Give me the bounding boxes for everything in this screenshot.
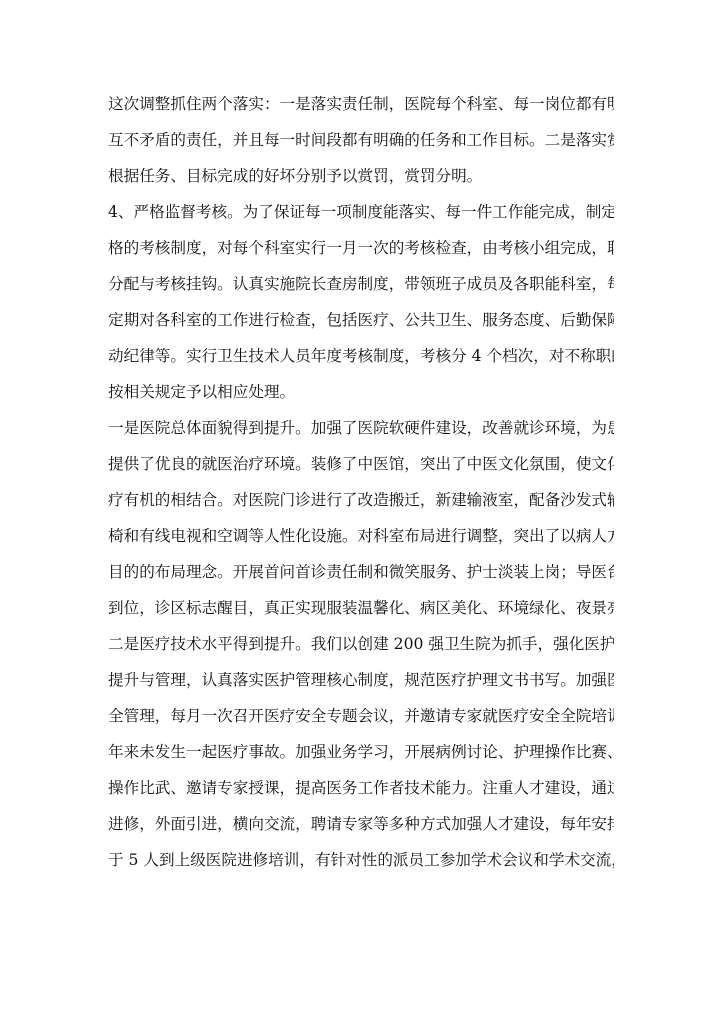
text-line: 动纪律等。实行卫生技术人员年度考核制度，考核分 4 个档次，对不称职的职工 [108, 338, 614, 374]
document-page: 这次调整抓住两个落实：一是落实责任制，医院每个科室、每一岗位都有明确的 互不矛盾… [108, 86, 614, 878]
text-line: 于 5 人到上级医院进修培训，有针对性的派员工参加学术会议和学术交流，引进 [108, 842, 614, 878]
text-line: 疗有机的相结合。对医院门诊进行了改造搬迁，新建输液室，配备沙发式输液躺 [108, 482, 614, 518]
text-line: 全管理，每月一次召开医疗安全专题会议，并邀请专家就医疗安全全院培训，三 [108, 698, 614, 734]
text-line: 进修，外面引进，横向交流，聘请专家等多种方式加强人才建设，每年安排不少 [108, 806, 614, 842]
text-line: 按相关规定予以相应处理。 [108, 374, 614, 410]
text-line: 定期对各科室的工作进行检查，包括医疗、公共卫生、服务态度、后勤保障、劳 [108, 302, 614, 338]
text-line: 到位，诊区标志醒目，真正实现服装温馨化、病区美化、环境绿化、夜景亮化。 [108, 590, 614, 626]
text-line: 椅和有线电视和空调等人性化设施。对科室布局进行调整，突出了以病人方便为 [108, 518, 614, 554]
paragraph-supervision: 4、严格监督考核。为了保证每一项制度能落实、每一件工作能完成，制定了严 格的考核… [108, 194, 614, 410]
text-line: 格的考核制度，对每个科室实行一月一次的考核检查，由考核小组完成，职工的 [108, 230, 614, 266]
text-line: 这次调整抓住两个落实：一是落实责任制，医院每个科室、每一岗位都有明确的 [108, 86, 614, 122]
text-line: 二是医疗技术水平得到提升。我们以创建 200 强卫生院为抓手，强化医护质量 [108, 626, 614, 662]
text-line: 根据任务、目标完成的好坏分别予以赏罚，赏罚分明。 [108, 158, 614, 194]
text-line: 分配与考核挂钩。认真实施院长查房制度，带领班子成员及各职能科室，每月不 [108, 266, 614, 302]
paragraph-medical-technology: 二是医疗技术水平得到提升。我们以创建 200 强卫生院为抓手，强化医护质量 提升… [108, 626, 614, 878]
text-line: 4、严格监督考核。为了保证每一项制度能落实、每一件工作能完成，制定了严 [108, 194, 614, 230]
paragraph-hospital-appearance: 一是医院总体面貌得到提升。加强了医院软硬件建设，改善就诊环境，为患者 提供了优良… [108, 410, 614, 626]
text-line: 提升与管理，认真落实医护管理核心制度，规范医疗护理文书书写。加强医疗安 [108, 662, 614, 698]
text-line: 年来未发生一起医疗事故。加强业务学习，开展病例讨论、护理操作比赛、急救 [108, 734, 614, 770]
text-line: 目的的布局理念。开展首问首诊责任制和微笑服务、护士淡装上岗；导医台工作 [108, 554, 614, 590]
paragraph-responsibility: 这次调整抓住两个落实：一是落实责任制，医院每个科室、每一岗位都有明确的 互不矛盾… [108, 86, 614, 194]
text-line: 一是医院总体面貌得到提升。加强了医院软硬件建设，改善就诊环境，为患者 [108, 410, 614, 446]
text-line: 提供了优良的就医治疗环境。装修了中医馆，突出了中医文化氛围，使文化与医 [108, 446, 614, 482]
text-line: 操作比武、邀请专家授课，提高医务工作者技术能力。注重人才建设，通过内部 [108, 770, 614, 806]
text-line: 互不矛盾的责任，并且每一时间段都有明确的任务和工作目标。二是落实赏罚法， [108, 122, 614, 158]
